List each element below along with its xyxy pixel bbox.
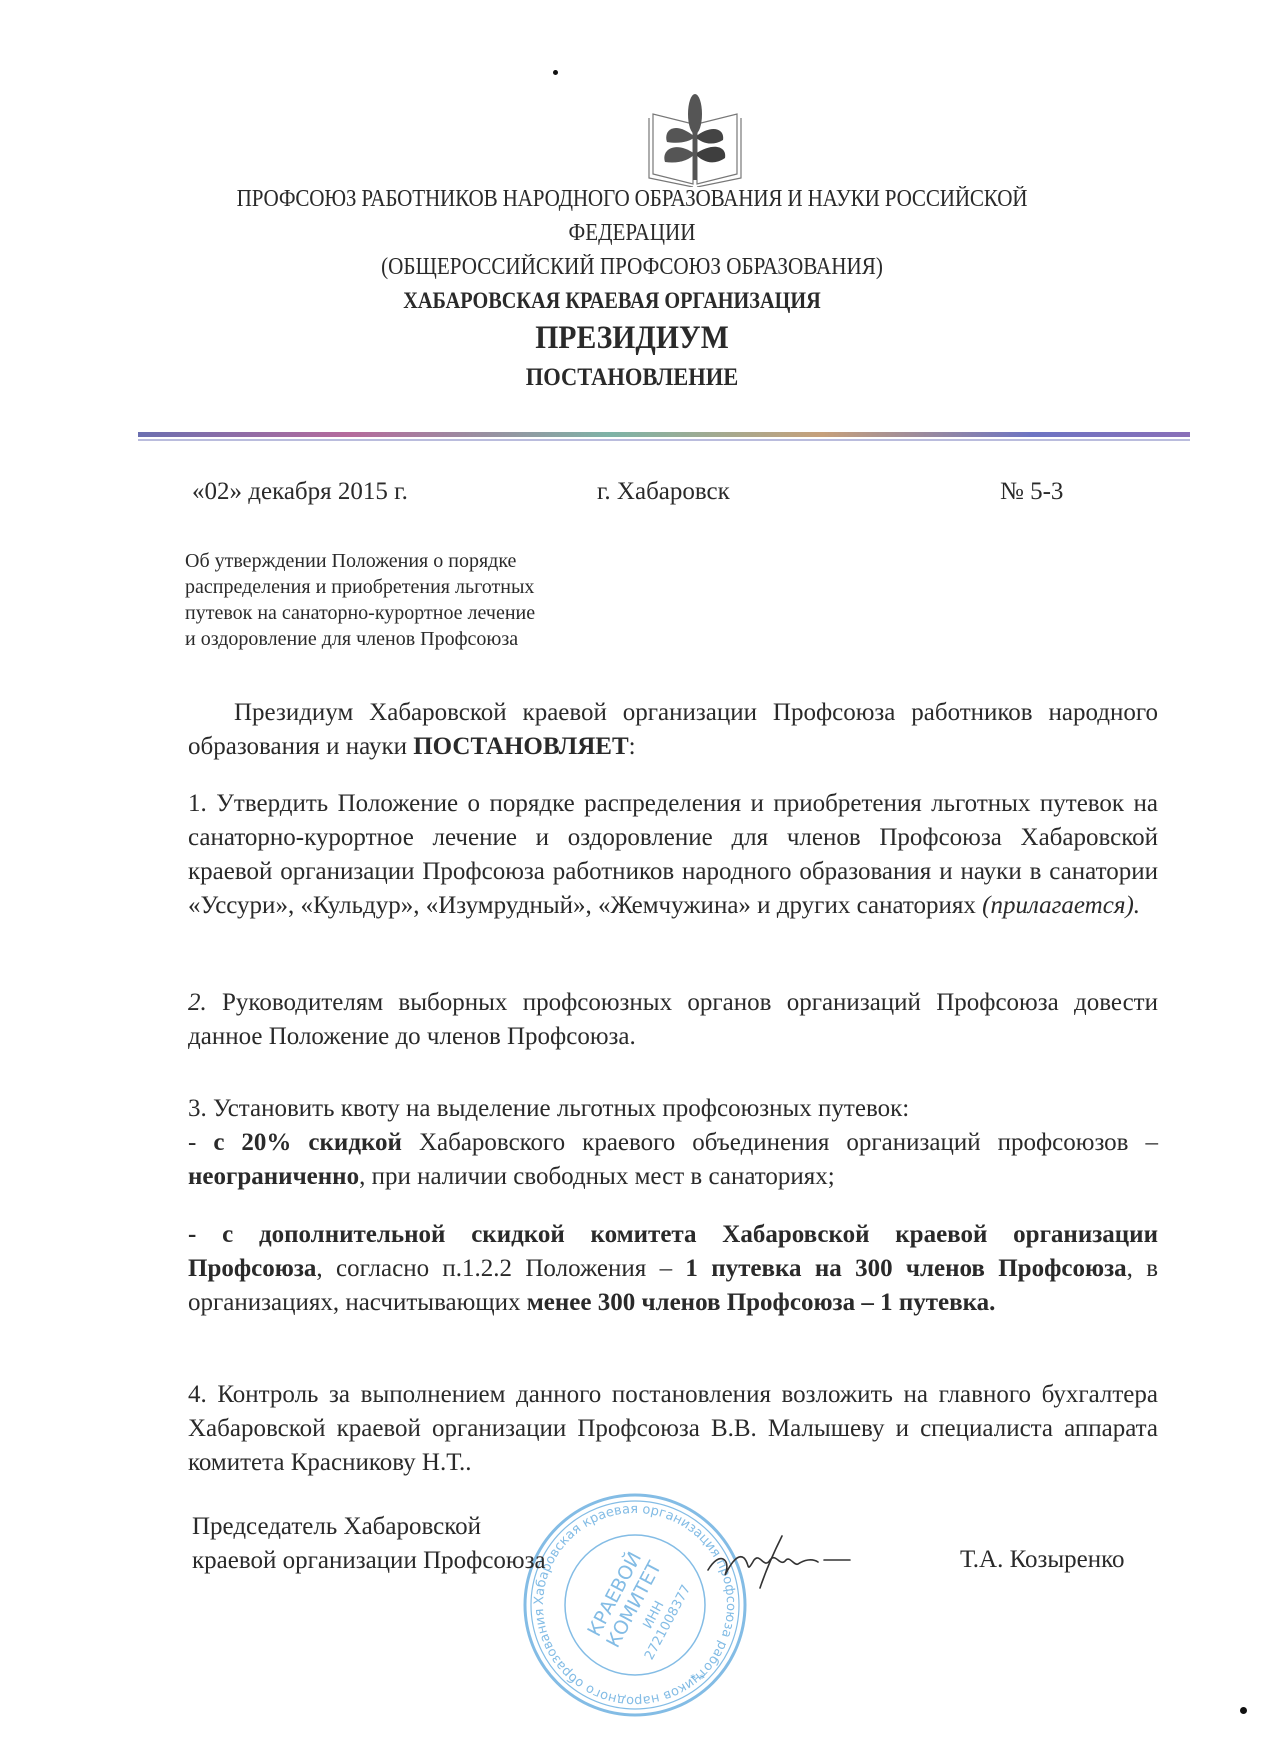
header-line-3: (ОБЩЕРОССИЙСКИЙ ПРОФСОЮЗ ОБРАЗОВАНИЯ)	[76, 254, 1188, 281]
item-2-text: Руководителям выборных профсоюзных орган…	[188, 989, 1158, 1050]
bullet-2-text: , согласно п.1.2.2 Положения –	[316, 1255, 685, 1282]
bullet-1-tail: , при наличии свободных мест в санатория…	[359, 1163, 835, 1190]
signatory-title-line-1: Председатель Хабаровской	[192, 1510, 546, 1544]
subject-line: и оздоровление для членов Профсоюза	[185, 626, 705, 652]
bullet-dash: -	[188, 1129, 213, 1156]
signatory-name: Т.А. Козыренко	[960, 1546, 1125, 1574]
subject-line: распределения и приобретения льготных	[185, 574, 705, 600]
item-2: 2. Руководителям выборных профсоюзных ор…	[188, 986, 1158, 1054]
intro-tail: :	[629, 733, 636, 760]
signatory-title: Председатель Хабаровской краевой организ…	[192, 1510, 546, 1578]
scan-speck	[553, 70, 558, 75]
header-divider-secondary	[138, 439, 1190, 441]
trade-union-logo-icon	[645, 92, 745, 187]
unlimited-label: неограниченно	[188, 1163, 359, 1190]
official-stamp-icon: Хабаровская краевая организация профсоюз…	[520, 1490, 750, 1720]
header-line-2: ФЕДЕРАЦИИ	[76, 220, 1188, 247]
organization-name: ХАБАРОВСКАЯ КРАЕВАЯ ОРГАНИЗАЦИЯ	[56, 288, 1168, 314]
item-2-number: 2.	[188, 989, 207, 1016]
discount-20: с 20% скидкой	[213, 1129, 402, 1156]
presidium-title: ПРЕЗИДИУМ	[63, 320, 1201, 357]
header-divider	[138, 432, 1190, 437]
document-subject: Об утверждении Положения о порядке распр…	[185, 548, 705, 652]
item-1-attached-note: (прилагается).	[982, 892, 1140, 919]
item-3-bullet-2: - с дополнительной скидкой комитета Хаба…	[188, 1218, 1158, 1320]
subject-line: Об утверждении Положения о порядке	[185, 548, 705, 574]
signatory-title-line-2: краевой организации Профсоюза	[192, 1544, 546, 1578]
quota-small-orgs: менее 300 членов Профсоюза – 1 путевка.	[527, 1289, 996, 1316]
intro-decree-word: ПОСТАНОВЛЯЕТ	[413, 733, 628, 760]
subject-line: путевок на санаторно-курортное лечение	[185, 600, 705, 626]
item-4: 4. Контроль за выполнением данного поста…	[188, 1378, 1158, 1480]
intro-text: Президиум Хабаровской краевой организаци…	[188, 699, 1158, 760]
item-1: 1. Утвердить Положение о порядке распред…	[188, 787, 1158, 923]
document-city: г. Хабаровск	[597, 478, 730, 506]
document-type: ПОСТАНОВЛЕНИЕ	[63, 364, 1201, 392]
quota-per-300: 1 путевка на 300 членов Профсоюза	[685, 1255, 1126, 1282]
scan-speck	[1240, 1707, 1247, 1714]
document-date: «02» декабря 2015 г.	[192, 478, 408, 506]
item-4-text: 4. Контроль за выполнением данного поста…	[188, 1378, 1158, 1480]
handwritten-signature-icon	[700, 1530, 860, 1600]
bullet-1-text: Хабаровского краевого объединения органи…	[402, 1129, 1158, 1156]
header-line-1: ПРОФСОЮЗ РАБОТНИКОВ НАРОДНОГО ОБРАЗОВАНИ…	[76, 186, 1188, 213]
document-number: № 5-3	[1000, 478, 1063, 506]
item-3-lead: 3. Установить квоту на выделение льготны…	[188, 1092, 1158, 1126]
intro-paragraph: Президиум Хабаровской краевой организаци…	[188, 696, 1158, 764]
svg-text:* *: * *	[690, 1671, 705, 1685]
item-3: 3. Установить квоту на выделение льготны…	[188, 1092, 1158, 1194]
